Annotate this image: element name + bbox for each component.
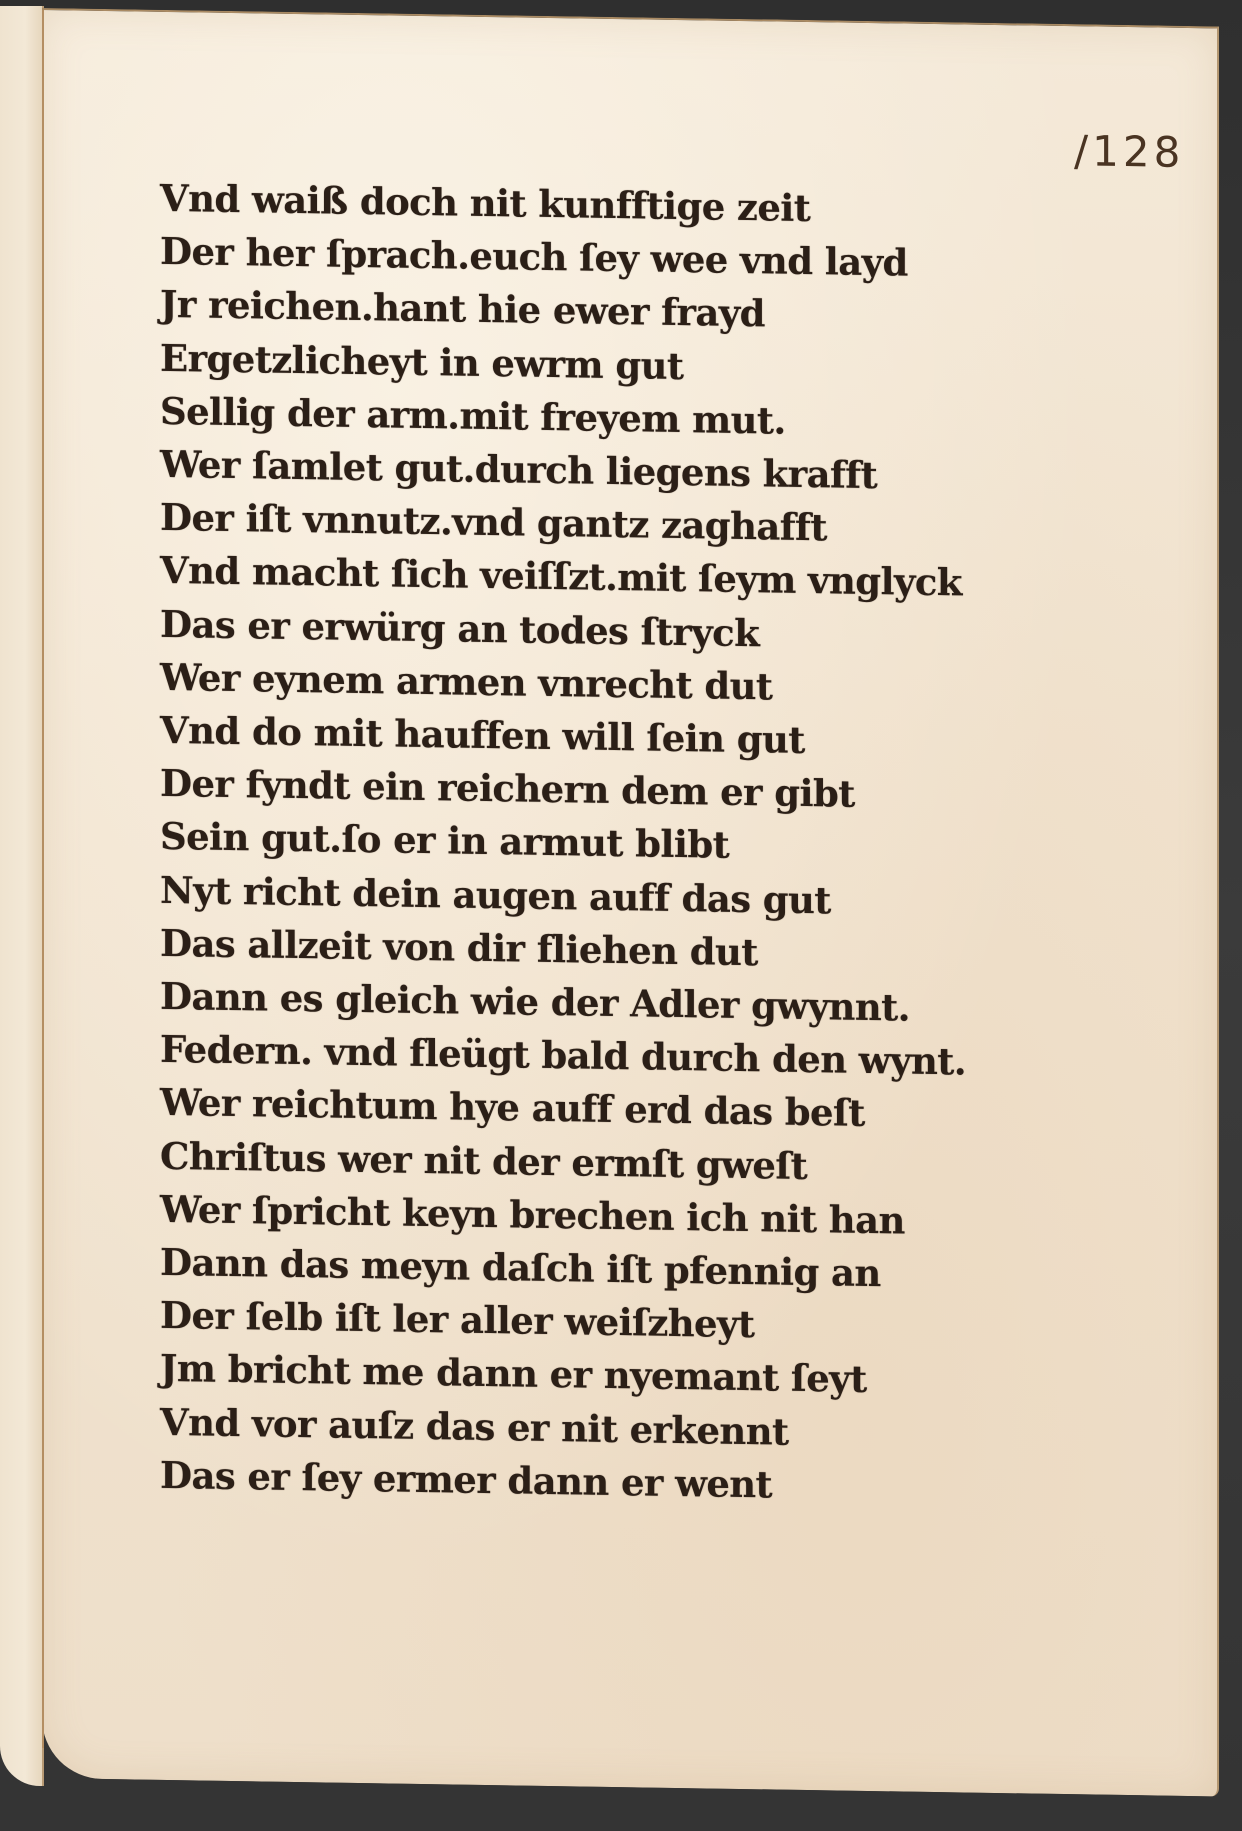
folio-number: /128 xyxy=(1074,126,1184,177)
verse-line: Das er ſey ermer dann er went xyxy=(160,1449,966,1515)
book-page: /128 Vnd waiß doch nit kunfftige zeit De… xyxy=(42,8,1219,1796)
facing-page-edge xyxy=(0,6,44,1786)
binding-gutter xyxy=(42,10,44,1748)
verse-text-block: Vnd waiß doch nit kunfftige zeit Der her… xyxy=(160,172,966,1515)
folio-number-text: 128 xyxy=(1092,126,1184,176)
folio-mark: / xyxy=(1074,126,1092,175)
